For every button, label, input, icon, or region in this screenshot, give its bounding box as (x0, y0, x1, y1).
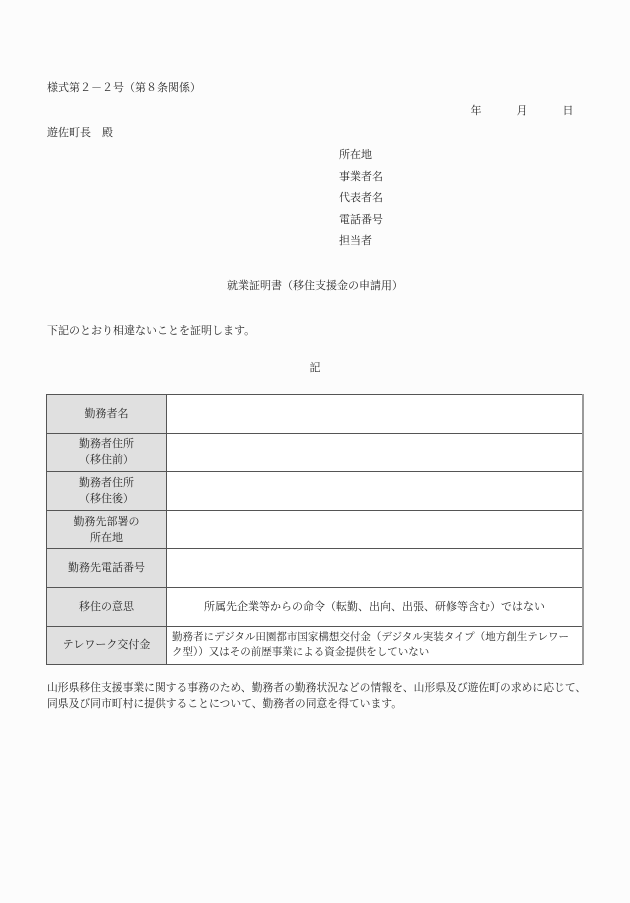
row-label: 勤務先部署の 所在地 (47, 510, 167, 549)
date-month-label: 月 (517, 104, 528, 118)
applicant-label: 代表者名 (339, 191, 383, 204)
department-location-field[interactable] (167, 510, 584, 549)
applicant-label: 事業者名 (339, 170, 383, 183)
row-label: 勤務者住所 （移住後） (47, 472, 167, 511)
table-row-telework-grant: テレワーク交付金 勤務者にデジタル田園都市国家構想交付金（デジタル実装タイプ（地… (47, 626, 584, 665)
row-label: 勤務先電話番号 (47, 549, 167, 588)
date-day-label: 日 (563, 104, 574, 118)
relocation-intent-value: 所属先企業等からの命令（転勤、出向、出張、研修等含む）ではない (167, 587, 584, 626)
telework-grant-value: 勤務者にデジタル田園都市国家構想交付金（デジタル実装タイプ（地方創生テレワーク型… (167, 626, 584, 665)
address-before-field[interactable] (167, 433, 584, 472)
certification-statement: 下記のとおり相違ないことを証明します。 (47, 324, 255, 338)
applicant-field-contact-person[interactable]: 担当者 (339, 234, 383, 256)
table-row-relocation-intent: 移住の意思 所属先企業等からの命令（転勤、出向、出張、研修等含む）ではない (47, 587, 584, 626)
date-year-label: 年 (471, 104, 482, 118)
consent-statement: 山形県移住支援事業に関する事務のため、勤務者の勤務状況などの情報を、山形県及び遊… (47, 680, 587, 712)
applicant-field-address[interactable]: 所在地 (339, 148, 383, 170)
applicant-label: 電話番号 (339, 213, 383, 226)
applicant-block: 所在地 事業者名 代表者名 電話番号 担当者 (339, 148, 383, 256)
row-label: 勤務者住所 （移住前） (47, 433, 167, 472)
table-row-workplace-phone: 勤務先電話番号 (47, 549, 584, 588)
applicant-label: 所在地 (339, 148, 372, 161)
table-row-employee-name: 勤務者名 (47, 395, 584, 434)
row-label: 勤務者名 (47, 395, 167, 434)
table-row-department-location: 勤務先部署の 所在地 (47, 510, 584, 549)
row-label: テレワーク交付金 (47, 626, 167, 665)
applicant-field-phone[interactable]: 電話番号 (339, 213, 383, 235)
workplace-phone-field[interactable] (167, 549, 584, 588)
address-after-field[interactable] (167, 472, 584, 511)
addressee: 遊佐町長 殿 (47, 126, 113, 140)
document-title: 就業証明書（移住支援金の申請用） (0, 279, 630, 293)
applicant-field-representative[interactable]: 代表者名 (339, 191, 383, 213)
date-line: 年 月 日 (467, 104, 574, 118)
ki-label: 記 (0, 361, 630, 375)
table-row-address-after: 勤務者住所 （移住後） (47, 472, 584, 511)
employment-info-table: 勤務者名 勤務者住所 （移住前） 勤務者住所 （移住後） 勤務先部署の 所在地 … (46, 394, 584, 665)
applicant-label: 担当者 (339, 234, 372, 247)
table-row-address-before: 勤務者住所 （移住前） (47, 433, 584, 472)
form-number: 様式第２－２号（第８条関係） (47, 81, 201, 95)
employee-name-field[interactable] (167, 395, 584, 434)
applicant-field-business-name[interactable]: 事業者名 (339, 170, 383, 192)
row-label: 移住の意思 (47, 587, 167, 626)
